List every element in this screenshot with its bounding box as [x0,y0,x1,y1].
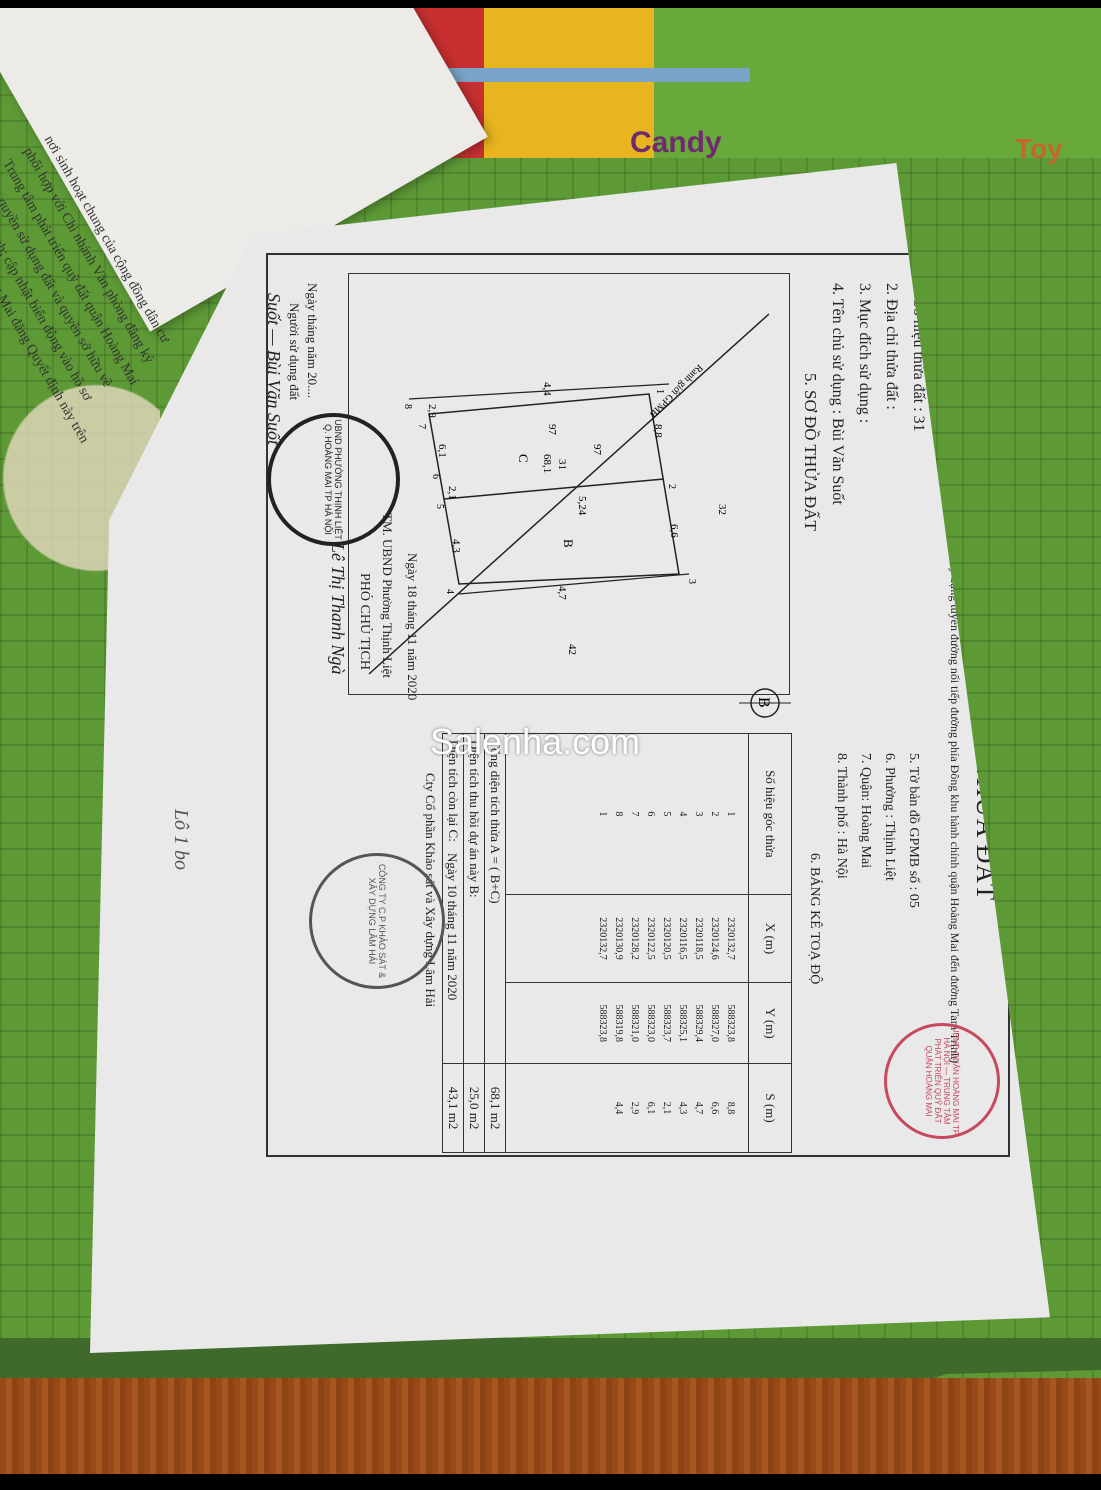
field-ward: 6. Phường : Thịnh Liệt [877,753,901,908]
section-parcel-sketch-title: 5. SƠ ĐỒ THỬA ĐẤT [800,373,820,531]
svg-text:6: 6 [430,474,441,479]
svg-text:7: 7 [416,424,427,429]
svg-text:4,4: 4,4 [541,382,553,396]
table-cell: 5 [658,740,674,888]
svg-text:8: 8 [402,404,413,409]
table-cell: 588323,0 [642,989,658,1057]
table-cell: 1 [722,740,738,888]
table-cell: 588329,4 [690,989,706,1057]
table-cell: 4,3 [674,1070,690,1146]
table-cell: 2320132,7 [594,901,610,977]
owner-label: Người sử dụng đất [286,303,302,400]
summary-label: Tổng diện tích thửa A = ( B+C) [485,734,506,1064]
ward-org: TM. UBND Phường Thịnh Liệt [379,513,395,678]
svg-text:5: 5 [434,504,445,509]
ward-date: Ngày 18 tháng 11 năm 2020 [404,553,420,700]
table-cell: 588327,0 [706,989,722,1057]
col-y: Y (m) [749,983,792,1064]
parcel-info-right: 5. Tờ bản đồ GPMB số : 05 6. Phường : Th… [829,753,925,908]
watermark: Salenha.com [430,721,640,763]
svg-text:4,7: 4,7 [556,586,568,600]
wooden-floor [0,1378,1101,1474]
svg-text:8,8: 8,8 [652,424,664,438]
table-cell: 588321,0 [626,989,642,1057]
photo-background: Candy Toy nơi sinh hoạt chung của cộng đ… [0,8,1101,1474]
field-district: 7. Quận: Hoàng Mai [853,753,877,908]
owner-date: Ngày tháng năm 20.... [304,283,320,398]
surveyor-date: Ngày 10 tháng 11 năm 2020 [444,853,460,1000]
table-cell: 2320124,6 [706,901,722,977]
ward-stamp: UBND PHƯỜNG THỊNH LIỆT Q. HOÀNG MAI TP H… [267,413,400,546]
stamp-text: CÔNG TY C.P KHẢO SÁT & XÂY DỰNG LÂM HẢI [367,856,387,986]
col-s: S (m) [749,1064,792,1153]
x-values: 2320132,72320124,62320118,52320116,52320… [506,894,749,983]
table-cell: 2320120,5 [658,901,674,977]
vertex-label: 1 [654,389,665,394]
ward-title: PHÓ CHỦ TỊCH [356,573,372,670]
svg-text:32: 32 [716,504,728,515]
svg-text:6,1: 6,1 [436,444,448,458]
svg-text:97: 97 [546,424,558,436]
svg-text:2,1: 2,1 [446,486,458,500]
stamp-text: UBND QUẬN HOÀNG MAI TP HÀ NỘI — TRUNG TÂ… [924,1026,960,1136]
field-owner-name: 4. Tên chủ sử dụng : Bùi Văn Suốt [824,283,851,505]
summary-label: Diện tích thu hồi dự án này B: [464,734,485,1064]
company-stamp: CÔNG TY C.P KHẢO SÁT & XÂY DỰNG LÂM HẢI [309,853,445,989]
handwritten-margin-note: Lô 1 bo [169,809,192,870]
table-cell: 2,9 [626,1070,642,1146]
table-cell: 8,8 [722,1070,738,1146]
svg-text:5,24: 5,24 [576,496,588,516]
red-stamp-land-fund-center: UBND QUẬN HOÀNG MAI TP HÀ NỘI — TRUNG TÂ… [884,1023,1000,1139]
svg-text:97: 97 [591,444,603,456]
stamp-text: UBND PHƯỜNG THỊNH LIỆT Q. HOÀNG MAI TP H… [324,417,344,542]
field-usage-purpose: 3. Mục đích sử dụng : [851,283,878,505]
table-cell: 4,4 [610,1070,626,1146]
ward-signer-name: Lê Thị Thanh Ngà [327,543,348,675]
table-rows: 123456781 2320132,72320124,62320118,5232… [506,734,749,1153]
table-cell: 6,1 [642,1070,658,1146]
col-x: X (m) [749,894,792,983]
parcel-info-left: 1. Số hiệu thửa đất : 31 2. Địa chỉ thửa… [824,283,932,505]
table-cell: 2320130,9 [610,901,626,977]
table-cell: 6 [642,740,658,888]
y-values: 588323,8588327,0588329,4588325,1588323,7… [506,983,749,1064]
s-values: 8,86,64,74,32,16,12,94,4 [506,1064,749,1153]
summary-value: 68,1 m2 [485,1064,506,1153]
svg-text:4,3: 4,3 [450,539,462,553]
svg-text:B: B [755,697,772,708]
table-cell: 588323,7 [658,989,674,1057]
svg-text:2: 2 [666,484,677,489]
table-cell: 2320132,7 [722,901,738,977]
table-cell: 588323,8 [594,989,610,1057]
table-cell: 588319,8 [610,989,626,1057]
mat-word-toy: Toy [1015,133,1063,165]
svg-text:4: 4 [444,589,455,594]
summary-value: 25,0 m2 [464,1064,485,1153]
svg-text:42: 42 [566,644,578,655]
document-content-rotated: HỒ SƠ KỸ THUẬT THỬA ĐẤT ( Phục vụ công t… [250,213,1020,1213]
col-vertex: Số hiệu góc thửa [749,734,792,895]
table-cell: 2320128,2 [626,901,642,977]
mat-word-candy: Candy [630,126,722,160]
summary-value: 43,1 m2 [443,1064,464,1153]
svg-text:68,1: 68,1 [541,454,553,473]
svg-text:B: B [561,539,576,548]
svg-text:6,6: 6,6 [668,524,680,538]
section-coordinates-title: 6. BẢNG KÊ TOẠ ĐỘ [806,853,822,984]
table-cell: 2320122,5 [642,901,658,977]
field-parcel-number: 1. Số hiệu thửa đất : 31 [905,283,932,505]
field-city: 8. Thành phố : Hà Nội [829,753,853,908]
summary-row-recovered: Diện tích thu hồi dự án này B: 25,0 m2 [464,734,485,1153]
svg-text:2,9: 2,9 [426,404,438,418]
svg-text:3: 3 [686,579,697,584]
north-arrow-icon: B [735,683,795,723]
table-cell: 588323,8 [722,989,738,1057]
table-cell: 2 [706,740,722,888]
table-cell [594,1070,610,1146]
table-cell: 4 [674,740,690,888]
table-cell: 588325,1 [674,989,690,1057]
table-cell: 2,1 [658,1070,674,1146]
table-cell: 4,7 [690,1070,706,1146]
summary-row-total: Tổng diện tích thửa A = ( B+C) 68,1 m2 [485,734,506,1153]
svg-text:31: 31 [556,459,568,470]
owner-signature: Suốt — Bùi Văn Suốt [263,293,284,445]
field-parcel-address: 2. Địa chỉ thửa đất : [878,283,905,505]
field-map-sheet: 5. Tờ bản đồ GPMB số : 05 [901,753,925,908]
table-cell: 2320116,5 [674,901,690,977]
coordinate-table: Số hiệu góc thửa X (m) Y (m) S (m) 12345… [442,733,792,1153]
svg-text:C: C [516,454,531,463]
table-cell: 3 [690,740,706,888]
table-cell: 6,6 [706,1070,722,1146]
table-cell: 2320118,5 [690,901,706,977]
